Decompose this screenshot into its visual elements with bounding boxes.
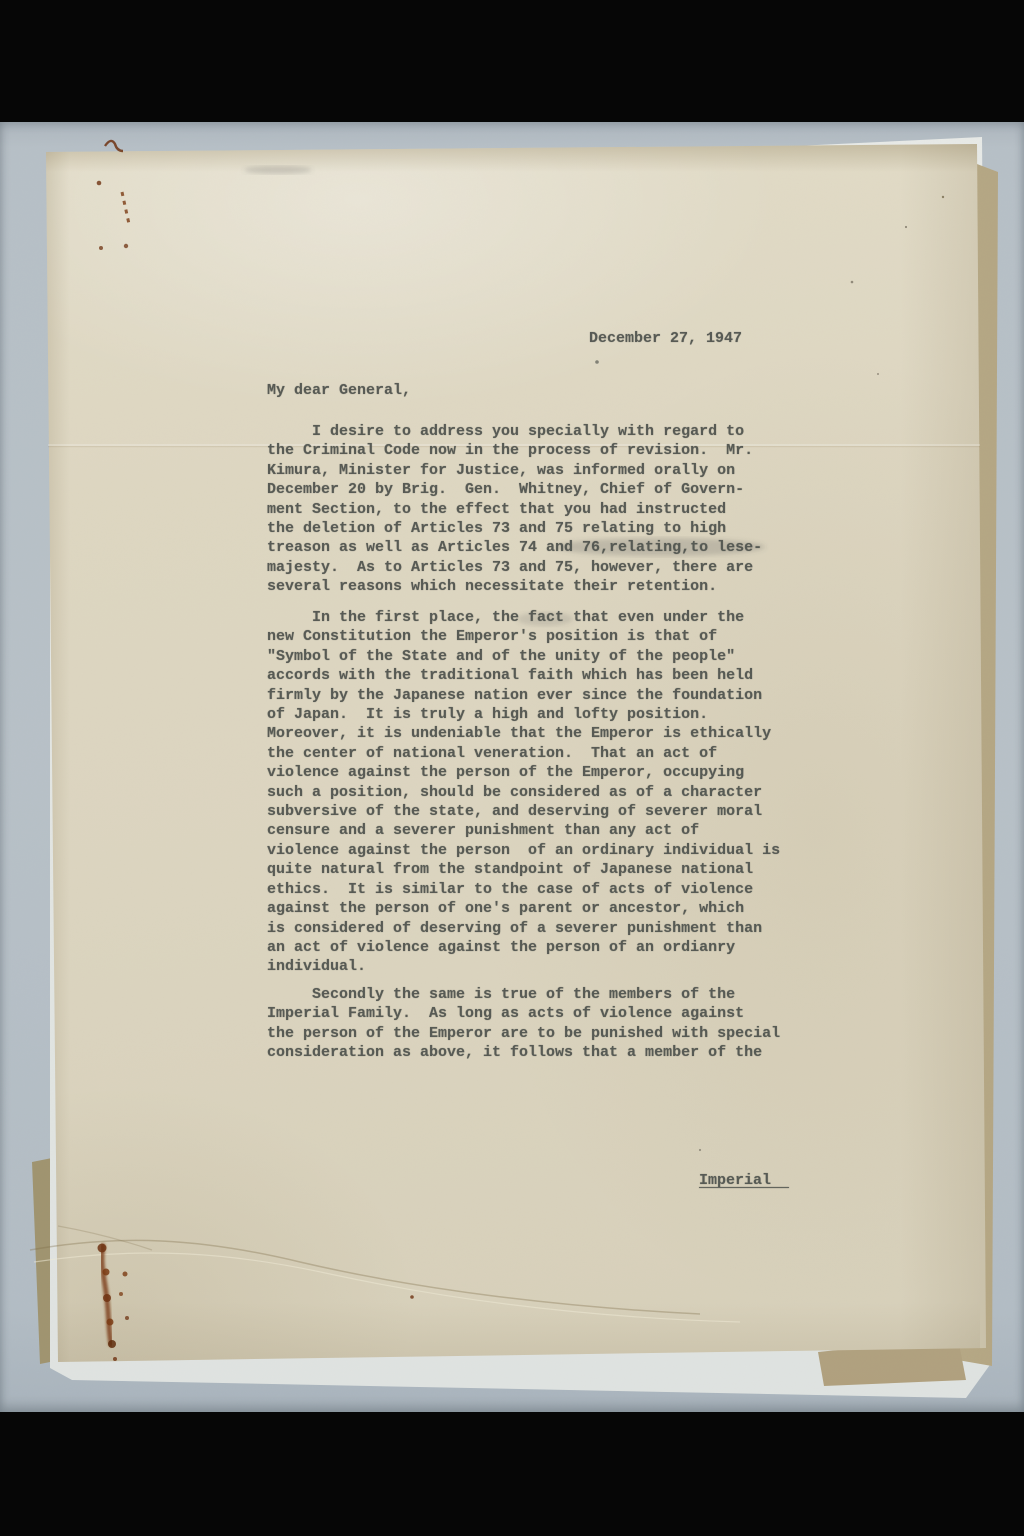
paragraph-1: I desire to address you specially with r…	[267, 422, 762, 597]
top-black-bar	[0, 0, 1024, 122]
paragraph-2: In the first place, the fact that even u…	[267, 608, 780, 977]
catchword-imperial: Imperial	[699, 1171, 789, 1190]
salutation: My dear General,	[267, 381, 411, 400]
date-line: December 27, 1947	[589, 329, 742, 348]
bottom-black-bar	[0, 1412, 1024, 1536]
letter-text: December 27, 1947 My dear General, I des…	[0, 122, 1024, 1412]
scan-area: December 27, 1947 My dear General, I des…	[0, 122, 1024, 1412]
scanned-letter-photo: December 27, 1947 My dear General, I des…	[0, 0, 1024, 1536]
paragraph-3: Secondly the same is true of the members…	[267, 985, 780, 1063]
